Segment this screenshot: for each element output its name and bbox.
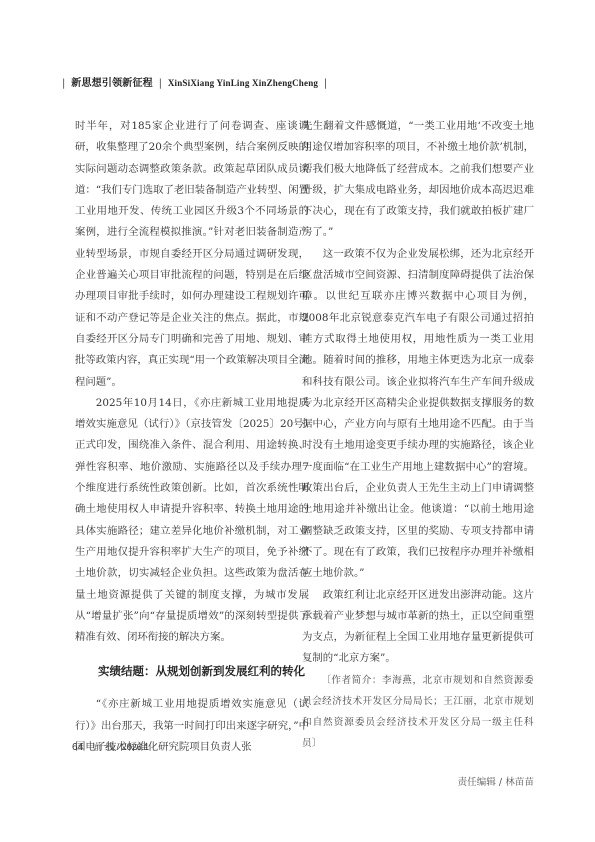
- header-separator-mid: |: [159, 78, 163, 89]
- paragraph: 先生翻着文件感慨道，“一类工业用地‘不改变土地用途仅增加容积率的项目，不补缴土地…: [302, 116, 534, 244]
- column-title: 新思想引领新征程: [71, 78, 153, 89]
- page-footer: 64 前 线 / 2026.1: [72, 740, 149, 753]
- left-column: 时半年，对185家企业进行了问卷调查、座谈调研，收集整理了20余个典型案例，结合…: [75, 116, 309, 758]
- paragraph: 这一政策不仅为企业发展松绑，还为北京经开区盘活城市空间资源、扫清制度障碍提供了法…: [302, 244, 534, 585]
- header-separator-right: |: [324, 78, 328, 89]
- running-header: | 新思想引领新征程 | XinSiXiang YinLing XinZheng…: [60, 74, 329, 89]
- page-number: 64: [72, 742, 83, 753]
- paragraph: 政策红利让北京经开区迸发出澎湃动能。这片承载着产业梦想与城市革新的热土，正以空间…: [302, 585, 534, 670]
- author-note: 〔作者简介：李海燕，北京市规划和自然资源委员会经济技术开发区分局局长；王江丽，北…: [302, 670, 534, 754]
- right-column: 先生翻着文件感慨道，“一类工业用地‘不改变土地用途仅增加容积率的项目，不补缴土地…: [302, 116, 534, 793]
- paragraph: 时半年，对185家企业进行了问卷调查、座谈调研，收集整理了20余个典型案例，结合…: [75, 116, 309, 393]
- column-pinyin: XinSiXiang YinLing XinZhengCheng: [168, 78, 318, 88]
- section-heading: 实绩结题：从规划创新到发展红利的转化: [75, 659, 309, 683]
- editor-credit: 责任编辑 / 林苗苗: [302, 772, 534, 793]
- magazine-issue: 前 线 / 2026.1: [94, 742, 150, 752]
- paragraph: 2025年10月14日，《亦庄新城工业用地提质增效实施意见（试行）》（京技管发〔…: [75, 393, 309, 649]
- header-separator-left: |: [62, 78, 66, 89]
